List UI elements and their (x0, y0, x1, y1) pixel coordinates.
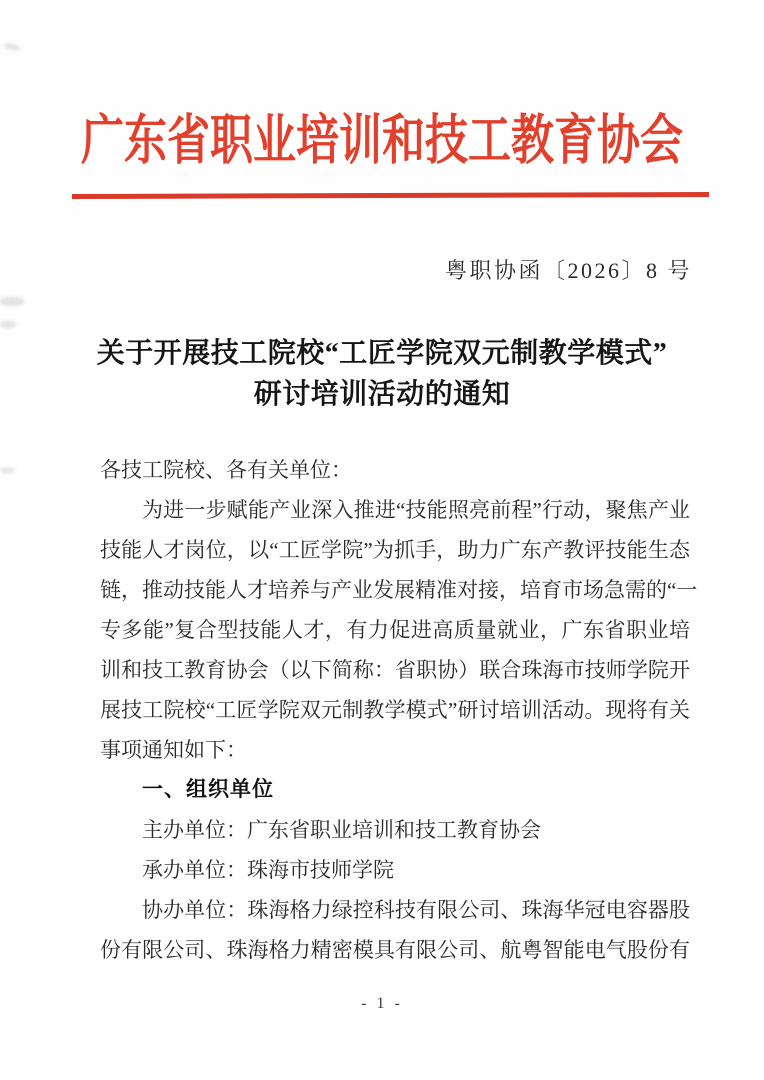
host-unit-line: 主办单位：广东省职业培训和技工教育协会 (100, 810, 690, 850)
body-line: 专多能”复合型技能人才，有力促进高质量就业，广东省职业培 (100, 610, 690, 650)
notice-title: 关于开展技工院校“工匠学院双元制教学模式” 研讨培训活动的通知 (0, 333, 764, 415)
scan-artifact (0, 468, 15, 473)
notice-title-line1: 关于开展技工院校“工匠学院双元制教学模式” (97, 338, 668, 369)
co-organizer-line-continued: 份有限公司、珠海格力精密模具有限公司、航粤智能电气股份有 (100, 930, 690, 970)
section-heading-organizers: 一、组织单位 (100, 770, 690, 810)
scan-artifact (0, 321, 16, 328)
notice-body: 各技工院校、各有关单位： 为进一步赋能产业深入推进“技能照亮前程”行动，聚焦产业… (100, 450, 690, 970)
body-line: 技能人才岗位，以“工匠学院”为抓手，助力广东产教评技能生态 (100, 530, 690, 570)
scan-artifact (4, 42, 21, 51)
organizer-unit-line: 承办单位：珠海市技师学院 (100, 850, 690, 890)
body-line: 展技工院校“工匠学院双元制教学模式”研讨培训活动。现将有关 (100, 690, 690, 730)
notice-title-line2: 研讨培训活动的通知 (254, 379, 511, 410)
co-organizer-line: 协办单位：珠海格力绿控科技有限公司、珠海华冠电容器股 (100, 890, 690, 930)
body-line: 链，推动技能人才培养与产业发展精准对接，培育市场急需的“一 (100, 570, 690, 610)
document-page: 广东省职业培训和技工教育协会 粤职协函〔2026〕8 号 关于开展技工院校“工匠… (0, 0, 764, 1080)
body-line: 事项通知如下： (100, 730, 690, 770)
page-number: - 1 - (0, 995, 764, 1013)
scan-artifact (0, 297, 24, 306)
letterhead-divider (72, 192, 709, 199)
letterhead-org-name: 广东省职业培训和技工教育协会 (81, 105, 683, 174)
letterhead-title: 广东省职业培训和技工教育协会 (0, 108, 764, 172)
body-line: 训和技工教育协会（以下简称：省职协）联合珠海市技师学院开 (100, 650, 690, 690)
document-number: 粤职协函〔2026〕8 号 (445, 254, 692, 285)
salutation-line: 各技工院校、各有关单位： (100, 450, 690, 490)
body-line: 为进一步赋能产业深入推进“技能照亮前程”行动，聚焦产业 (100, 490, 690, 530)
